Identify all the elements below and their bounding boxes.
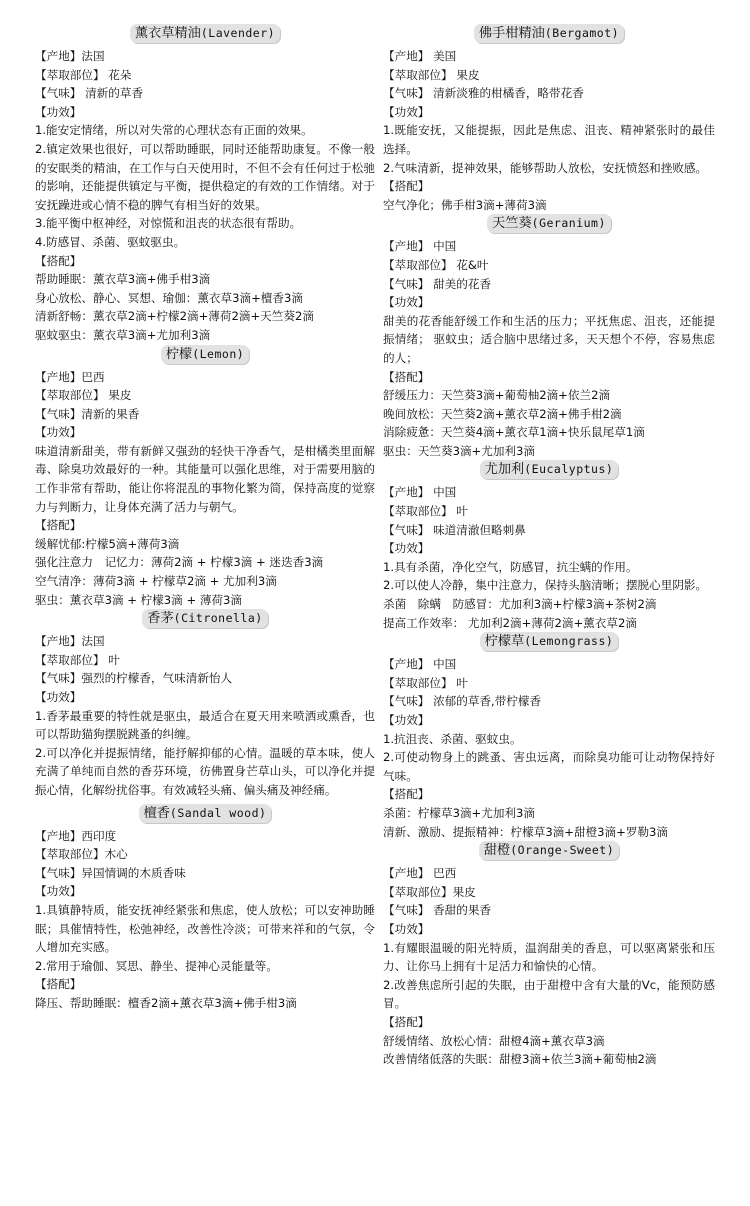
- origin-value: 西印度: [81, 829, 116, 843]
- origin-label: 【产地】: [35, 370, 81, 384]
- part-label: 【萃取部位】: [383, 504, 453, 518]
- effects-label: 【功效】: [35, 882, 375, 901]
- effect-item: 1.抗沮丧、杀菌、驱蚊虫。: [383, 730, 715, 749]
- scent-line: 【气味】 甜美的花香: [383, 275, 715, 294]
- blend-item: 舒缓情绪、放松心情：甜橙4滴+薰衣草3滴: [383, 1032, 715, 1051]
- blends-label: 【搭配】: [383, 1013, 715, 1032]
- effect-item: 2.可以净化并提振情绪，能抒解抑郁的心情。温暖的草本味，使人充满了单纯而自然的香…: [35, 744, 375, 800]
- effect-item: 2.可以使人冷静，集中注意力，保持头脑清晰；摆脱心里阴影。: [383, 576, 715, 595]
- effects-label: 【功效】: [35, 103, 375, 122]
- blends-label: 【搭配】: [35, 252, 375, 271]
- scent-value: 清新淡雅的柑橘香，略带花香: [429, 86, 583, 100]
- origin-value: 中国: [429, 657, 456, 671]
- scent-value: 浓郁的草香,带柠檬香: [429, 694, 541, 708]
- title-cn: 甜橙: [484, 843, 510, 858]
- section-title: 香茅(Citronella): [142, 609, 267, 628]
- blend-item: 空气净化；佛手柑3滴+薄荷3滴: [383, 196, 715, 215]
- scent-value: 异国情调的木质香味: [81, 866, 185, 880]
- origin-line: 【产地】 美国: [383, 47, 715, 66]
- part-value: 果皮: [105, 388, 132, 402]
- part-value: 果皮: [453, 885, 476, 899]
- section-title: 天竺葵(Geranium): [487, 214, 611, 233]
- title-en: (Citronella): [174, 611, 263, 625]
- section-lavender: 薰衣草精油(Lavender) 【产地】法国 【萃取部位】 花朵 【气味】 清新…: [35, 24, 375, 345]
- origin-value: 巴西: [429, 866, 456, 880]
- origin-value: 巴西: [81, 370, 104, 384]
- effects-label: 【功效】: [383, 539, 715, 558]
- scent-value: 甜美的花香: [429, 277, 491, 291]
- blend-item: 消除疲惫：天竺葵4滴+薰衣草1滴+快乐鼠尾草1滴: [383, 423, 715, 442]
- effect-item: 3.能平衡中枢神经，对惊慌和沮丧的状态很有帮助。: [35, 214, 375, 233]
- section-title: 甜橙(Orange-Sweet): [479, 841, 619, 860]
- effect-item: 2.改善焦虑所引起的失眠，由于甜橙中含有大量的Vc，能预防感冒。: [383, 976, 715, 1013]
- part-value: 果皮: [453, 68, 480, 82]
- scent-line: 【气味】清新的果香: [35, 405, 375, 424]
- part-value: 花朵: [105, 68, 132, 82]
- blend-item: 杀菌 除螨 防感冒：尤加利3滴+柠檬3滴+茶树2滴: [383, 595, 715, 614]
- scent-label: 【气味】: [383, 277, 429, 291]
- section-title: 柠檬草(Lemongrass): [480, 632, 619, 651]
- section-lemon: 柠檬(Lemon) 【产地】巴西 【萃取部位】 果皮 【气味】清新的果香 【功效…: [35, 345, 375, 610]
- scent-label: 【气味】: [383, 523, 429, 537]
- title-en: (Geranium): [532, 216, 606, 230]
- blend-item: 改善情绪低落的失眠：甜橙3滴+依兰3滴+葡萄柚2滴: [383, 1050, 715, 1069]
- origin-label: 【产地】: [383, 657, 429, 671]
- section-geranium: 天竺葵(Geranium) 【产地】 中国 【萃取部位】 花&叶 【气味】 甜美…: [383, 214, 715, 460]
- blends-label: 【搭配】: [35, 516, 375, 535]
- blend-item: 空气清净：薄荷3滴 + 柠檬草2滴 + 尤加利3滴: [35, 572, 375, 591]
- effects-label: 【功效】: [383, 711, 715, 730]
- title-cn: 薰衣草精油: [135, 26, 201, 41]
- effect-item: 1.能安定情绪，所以对失常的心理状态有正面的效果。: [35, 121, 375, 140]
- scent-value: 香甜的果香: [429, 903, 491, 917]
- effects-label: 【功效】: [383, 920, 715, 939]
- blend-item: 驱蚊驱虫：薰衣草3滴+尤加利3滴: [35, 326, 375, 345]
- part-value: 木心: [105, 847, 128, 861]
- part-label: 【萃取部位】: [35, 68, 105, 82]
- origin-line: 【产地】 中国: [383, 483, 715, 502]
- section-title: 柠檬(Lemon): [161, 345, 249, 364]
- part-line: 【萃取部位】 花&叶: [383, 256, 715, 275]
- section-sweet-orange: 甜橙(Orange-Sweet) 【产地】 巴西 【萃取部位】果皮 【气味】 香…: [383, 841, 715, 1069]
- origin-value: 中国: [429, 239, 456, 253]
- origin-line: 【产地】 中国: [383, 237, 715, 256]
- part-line: 【萃取部位】 花朵: [35, 66, 375, 85]
- effects-label: 【功效】: [35, 423, 375, 442]
- effect-item: 2.常用于瑜伽、冥思、静坐、提神心灵能量等。: [35, 957, 375, 976]
- left-column: 薰衣草精油(Lavender) 【产地】法国 【萃取部位】 花朵 【气味】 清新…: [35, 24, 375, 1013]
- origin-line: 【产地】 中国: [383, 655, 715, 674]
- scent-value: 味道清澈但略刺鼻: [429, 523, 525, 537]
- part-value: 花&叶: [453, 258, 489, 272]
- origin-label: 【产地】: [35, 634, 81, 648]
- blend-item: 强化注意力 记忆力：薄荷2滴 + 柠檬3滴 + 迷迭香3滴: [35, 553, 375, 572]
- blend-item: 清新舒畅：薰衣草2滴+柠檬2滴+薄荷2滴+天竺葵2滴: [35, 307, 375, 326]
- part-line: 【萃取部位】 果皮: [383, 66, 715, 85]
- title-cn: 香茅: [147, 611, 173, 626]
- effect-item: 甜美的花香能舒缓工作和生活的压力；平抚焦虑、沮丧，还能提振情绪； 驱蚊虫；适合脑…: [383, 312, 715, 368]
- part-label: 【萃取部位】: [383, 258, 453, 272]
- origin-line: 【产地】西印度: [35, 827, 375, 846]
- scent-label: 【气味】: [35, 866, 81, 880]
- section-title: 薰衣草精油(Lavender): [130, 24, 280, 43]
- section-title: 尤加利(Eucalyptus): [480, 460, 619, 479]
- section-bergamot: 佛手柑精油(Bergamot) 【产地】 美国 【萃取部位】 果皮 【气味】 清…: [383, 24, 715, 214]
- part-line: 【萃取部位】木心: [35, 845, 375, 864]
- origin-line: 【产地】巴西: [35, 368, 375, 387]
- title-cn: 天竺葵: [492, 216, 532, 231]
- effect-item: 1.香茅最重要的特性就是驱虫，最适合在夏天用来喷洒或熏香，也可以帮助猫狗摆脱跳蚤…: [35, 707, 375, 744]
- origin-value: 法国: [81, 49, 104, 63]
- part-label: 【萃取部位】: [383, 676, 453, 690]
- section-citronella: 香茅(Citronella) 【产地】法国 【萃取部位】 叶 【气味】强烈的柠檬…: [35, 609, 375, 803]
- scent-line: 【气味】 香甜的果香: [383, 901, 715, 920]
- title-en: (Eucalyptus): [524, 462, 613, 476]
- blends-label: 【搭配】: [383, 785, 715, 804]
- part-label: 【萃取部位】: [35, 847, 105, 861]
- blends-label: 【搭配】: [35, 975, 375, 994]
- section-sandalwood: 檀香(Sandal wood) 【产地】西印度 【萃取部位】木心 【气味】异国情…: [35, 804, 375, 1013]
- part-value: 叶: [453, 504, 468, 518]
- blend-item: 提高工作效率： 尤加利2滴+薄荷2滴+薰衣草2滴: [383, 614, 715, 633]
- scent-line: 【气味】强烈的柠檬香，气味清新怡人: [35, 669, 375, 688]
- title-cn: 柠檬草: [485, 634, 525, 649]
- effect-item: 2.气味清新，提神效果，能够帮助人放松，安抚愤怒和挫败感。: [383, 159, 715, 178]
- blend-item: 身心放松、静心、冥想、瑜伽：薰衣草3滴+檀香3滴: [35, 289, 375, 308]
- origin-line: 【产地】 巴西: [383, 864, 715, 883]
- part-line: 【萃取部位】 叶: [35, 651, 375, 670]
- origin-label: 【产地】: [383, 239, 429, 253]
- scent-label: 【气味】: [35, 671, 81, 685]
- origin-line: 【产地】法国: [35, 632, 375, 651]
- part-line: 【萃取部位】 叶: [383, 674, 715, 693]
- effect-item: 2.镇定效果也很好，可以帮助睡眠，同时还能帮助康复。不像一般的安眠类的精油，在工…: [35, 140, 375, 214]
- effect-item: 1.具镇静特质，能安抚神经紧张和焦虑，使人放松；可以安神助睡眠；具催情特性，松弛…: [35, 901, 375, 957]
- scent-line: 【气味】 味道清澈但略刺鼻: [383, 521, 715, 540]
- right-column: 佛手柑精油(Bergamot) 【产地】 美国 【萃取部位】 果皮 【气味】 清…: [383, 24, 715, 1069]
- title-en: (Orange-Sweet): [510, 843, 614, 857]
- blend-item: 舒缓压力：天竺葵3滴+葡萄柚2滴+依兰2滴: [383, 386, 715, 405]
- part-label: 【萃取部位】: [383, 885, 453, 899]
- section-lemongrass: 柠檬草(Lemongrass) 【产地】 中国 【萃取部位】 叶 【气味】 浓郁…: [383, 632, 715, 841]
- part-label: 【萃取部位】: [35, 653, 105, 667]
- part-line: 【萃取部位】 叶: [383, 502, 715, 521]
- part-line: 【萃取部位】 果皮: [35, 386, 375, 405]
- title-en: (Lavender): [201, 26, 275, 40]
- origin-value: 法国: [81, 634, 104, 648]
- effect-item: 1.有耀眼温暖的阳光特质，温润甜美的香息，可以驱离紧张和压力、让你马上拥有十足活…: [383, 939, 715, 976]
- part-line: 【萃取部位】果皮: [383, 883, 715, 902]
- title-en: (Bergamot): [545, 26, 619, 40]
- title-cn: 尤加利: [485, 462, 525, 477]
- scent-label: 【气味】: [383, 903, 429, 917]
- blend-item: 驱虫：薰衣草3滴 + 柠檬3滴 + 薄荷3滴: [35, 591, 375, 610]
- title-cn: 檀香: [144, 806, 170, 821]
- part-label: 【萃取部位】: [35, 388, 105, 402]
- title-en: (Lemongrass): [524, 634, 613, 648]
- section-title: 檀香(Sandal wood): [139, 804, 272, 823]
- section-eucalyptus: 尤加利(Eucalyptus) 【产地】 中国 【萃取部位】 叶 【气味】 味道…: [383, 460, 715, 632]
- blend-item: 驱虫：天竺葵3滴+尤加利3滴: [383, 442, 715, 461]
- scent-line: 【气味】 浓郁的草香,带柠檬香: [383, 692, 715, 711]
- origin-value: 中国: [429, 485, 456, 499]
- blends-label: 【搭配】: [383, 177, 715, 196]
- scent-value: 强烈的柠檬香，气味清新怡人: [81, 671, 232, 685]
- scent-label: 【气味】: [383, 694, 429, 708]
- scent-label: 【气味】: [35, 407, 81, 421]
- part-value: 叶: [453, 676, 468, 690]
- title-en: (Lemon): [192, 347, 244, 361]
- title-en: (Sandal wood): [170, 806, 267, 820]
- origin-value: 美国: [429, 49, 456, 63]
- origin-label: 【产地】: [383, 485, 429, 499]
- title-cn: 柠檬: [166, 347, 192, 362]
- blend-item: 缓解忧郁:柠檬5滴+薄荷3滴: [35, 535, 375, 554]
- effect-item: 1.具有杀菌，净化空气，防感冒，抗尘螨的作用。: [383, 558, 715, 577]
- effects-label: 【功效】: [383, 103, 715, 122]
- scent-value: 清新的果香: [81, 407, 139, 421]
- effect-item: 4.防感冒、杀菌、驱蚊驱虫。: [35, 233, 375, 252]
- part-value: 叶: [105, 653, 120, 667]
- effects-label: 【功效】: [383, 293, 715, 312]
- origin-label: 【产地】: [383, 866, 429, 880]
- blend-item: 杀菌：柠檬草3滴+尤加利3滴: [383, 804, 715, 823]
- scent-label: 【气味】: [383, 86, 429, 100]
- blend-item: 帮助睡眠：薰衣草3滴+佛手柑3滴: [35, 270, 375, 289]
- section-title: 佛手柑精油(Bergamot): [474, 24, 624, 43]
- blend-item: 降压、帮助睡眠：檀香2滴+薰衣草3滴+佛手柑3滴: [35, 994, 375, 1013]
- scent-line: 【气味】异国情调的木质香味: [35, 864, 375, 883]
- scent-value: 清新的草香: [81, 86, 143, 100]
- scent-line: 【气味】 清新的草香: [35, 84, 375, 103]
- origin-label: 【产地】: [35, 829, 81, 843]
- effects-label: 【功效】: [35, 688, 375, 707]
- scent-line: 【气味】 清新淡雅的柑橘香，略带花香: [383, 84, 715, 103]
- blend-item: 晚间放松：天竺葵2滴+薰衣草2滴+佛手柑2滴: [383, 405, 715, 424]
- title-cn: 佛手柑精油: [479, 26, 545, 41]
- effect-item: 味道清新甜美，带有新鲜又强劲的轻快干净香气，是柑橘类里面解毒、除臭功效最好的一种…: [35, 442, 375, 516]
- effect-item: 1.既能安抚，又能提振，因此是焦虑、沮丧、精神紧张时的最佳选择。: [383, 121, 715, 158]
- effect-item: 2.可使动物身上的跳蚤、害虫远离，而除臭功能可让动物保持好气味。: [383, 748, 715, 785]
- blend-item: 清新、激励、提振精神：柠檬草3滴+甜橙3滴+罗勒3滴: [383, 823, 715, 842]
- origin-label: 【产地】: [35, 49, 81, 63]
- part-label: 【萃取部位】: [383, 68, 453, 82]
- scent-label: 【气味】: [35, 86, 81, 100]
- origin-line: 【产地】法国: [35, 47, 375, 66]
- origin-label: 【产地】: [383, 49, 429, 63]
- blends-label: 【搭配】: [383, 368, 715, 387]
